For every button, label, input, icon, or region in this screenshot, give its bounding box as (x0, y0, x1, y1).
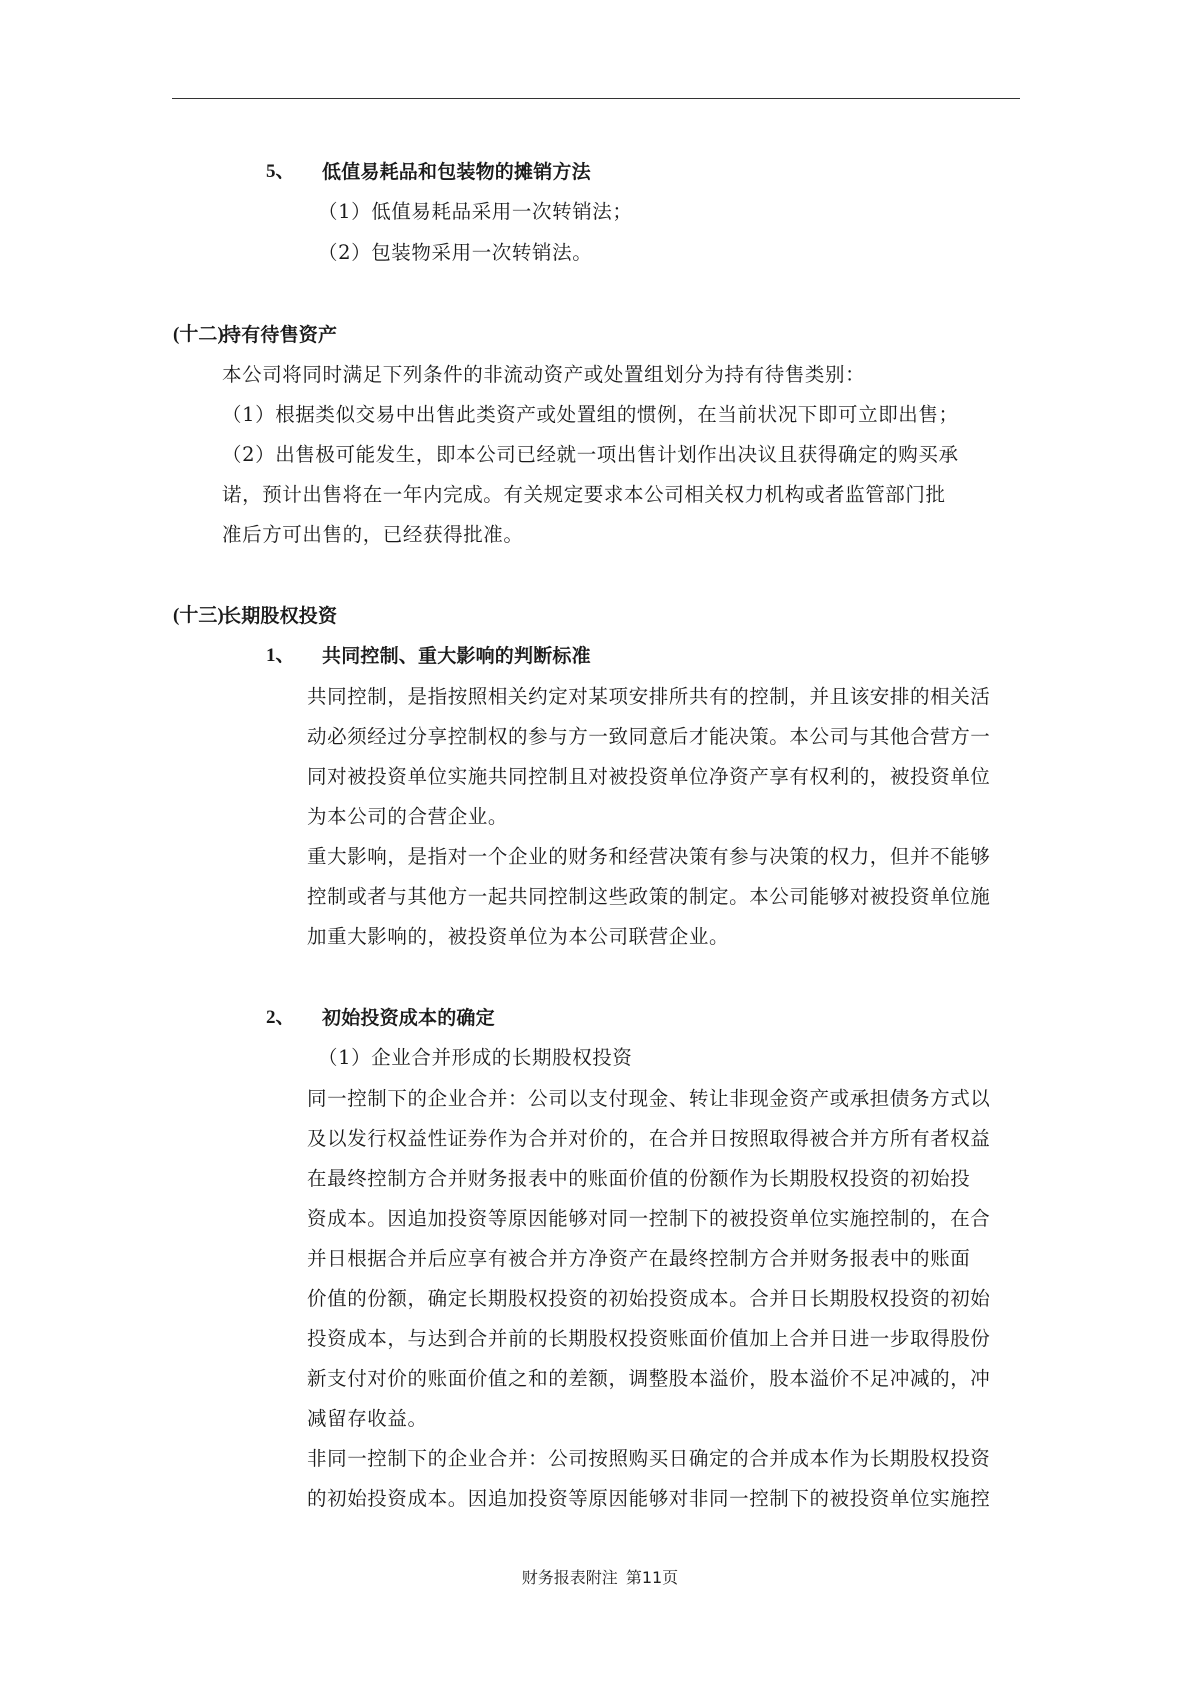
paragraph-line: 在最终控制方合并财务报表中的账面价值的份额作为长期股权投资的初始投 (307, 1167, 970, 1191)
paragraph-line: 的初始投资成本。因追加投资等原因能够对非同一控制下的被投资单位实施控 (307, 1487, 990, 1511)
header-rule (172, 98, 1020, 99)
paragraph-line: 为本公司的合营企业。 (307, 805, 508, 829)
paragraph-line: 诺，预计出售将在一年内完成。有关规定要求本公司相关权力机构或者监管部门批 (222, 483, 946, 507)
section-13-number: (十三) (173, 604, 224, 628)
paragraph-line: （1）企业合并形成的长期股权投资 (318, 1046, 633, 1070)
section-13-heading: 长期股权投资 (222, 604, 337, 628)
subsection-1-number: 1、 (266, 644, 295, 668)
page-number: 第11页 (626, 1568, 678, 1587)
paragraph-line: 共同控制，是指按照相关约定对某项安排所共有的控制，并且该安排的相关活 (307, 685, 990, 709)
paragraph-line: 同一控制下的企业合并：公司以支付现金、转让非现金资产或承担债务方式以 (307, 1087, 990, 1111)
paragraph-line: 重大影响，是指对一个企业的财务和经营决策有参与决策的权力，但并不能够 (307, 845, 990, 869)
section-12-number: (十二) (173, 323, 224, 347)
section-12-heading: 持有待售资产 (222, 323, 337, 347)
footer-label: 财务报表附注 (522, 1568, 618, 1587)
paragraph-line: 新支付对价的账面价值之和的差额，调整股本溢价，股本溢价不足冲减的，冲 (307, 1367, 990, 1391)
subsection-1-heading: 共同控制、重大影响的判断标准 (322, 644, 591, 668)
paragraph-line: 并日根据合并后应享有被合并方净资产在最终控制方合并财务报表中的账面 (307, 1247, 970, 1271)
paragraph-line: （1）根据类似交易中出售此类资产或处置组的惯例，在当前状况下即可立即出售； (222, 403, 959, 427)
paragraph-line: 准后方可出售的，已经获得批准。 (222, 523, 524, 547)
subsection-2-number: 2、 (266, 1006, 295, 1030)
paragraph-line: 加重大影响的，被投资单位为本公司联营企业。 (307, 925, 729, 949)
section-5-number: 5、 (266, 160, 295, 184)
paragraph-line: （2）出售极可能发生，即本公司已经就一项出售计划作出决议且获得确定的购买承 (222, 443, 959, 467)
paragraph-line: 同对被投资单位实施共同控制且对被投资单位净资产享有权利的，被投资单位 (307, 765, 990, 789)
paragraph-line: 本公司将同时满足下列条件的非流动资产或处置组划分为持有待售类别： (222, 363, 865, 387)
paragraph-line: 价值的份额，确定长期股权投资的初始投资成本。合并日长期股权投资的初始 (307, 1287, 990, 1311)
subsection-2-heading: 初始投资成本的确定 (322, 1006, 495, 1030)
paragraph-line: 投资成本，与达到合并前的长期股权投资账面价值加上合并日进一步取得股份 (307, 1327, 990, 1351)
paragraph-line: 控制或者与其他方一起共同控制这些政策的制定。本公司能够对被投资单位施 (307, 885, 990, 909)
paragraph-line: 及以发行权益性证券作为合并对价的，在合并日按照取得被合并方所有者权益 (307, 1127, 990, 1151)
paragraph-line: 非同一控制下的企业合并：公司按照购买日确定的合并成本作为长期股权投资 (307, 1447, 990, 1471)
paragraph-line: 减留存收益。 (307, 1407, 428, 1431)
paragraph-line: （1）低值易耗品采用一次转销法； (318, 200, 633, 224)
paragraph-line: 动必须经过分享控制权的参与方一致同意后才能决策。本公司与其他合营方一 (307, 725, 990, 749)
page-footer: 财务报表附注第11页 (0, 1567, 1200, 1589)
section-5-heading: 低值易耗品和包装物的摊销方法 (322, 160, 591, 184)
paragraph-line: 资成本。因追加投资等原因能够对同一控制下的被投资单位实施控制的，在合 (307, 1207, 990, 1231)
paragraph-line: （2）包装物采用一次转销法。 (318, 241, 592, 265)
